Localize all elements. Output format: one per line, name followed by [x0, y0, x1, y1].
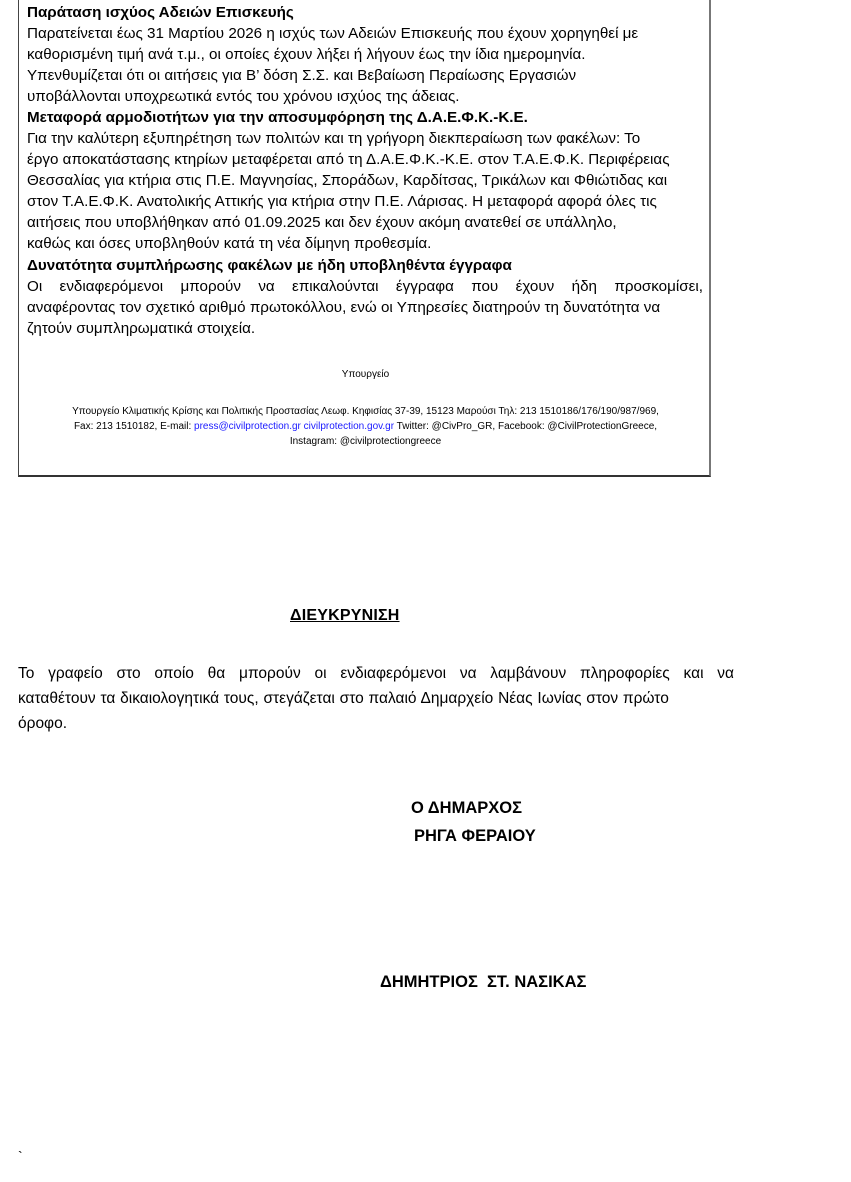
clarification-text-line: όροφο.: [18, 711, 734, 736]
email-link[interactable]: press@civilprotection.gr: [194, 421, 301, 432]
section-text-line: Οι ενδιαφερόμενοι μπορούν να επικαλούντα…: [27, 276, 703, 297]
section-text-line: Παρατείνεται έως 31 Μαρτίου 2026 η ισχύς…: [27, 23, 638, 44]
section-text-line: αιτήσεις που υποβλήθηκαν από 01.09.2025 …: [27, 212, 617, 233]
footer-address-line: Υπουργείο Κλιματικής Κρίσης και Πολιτική…: [19, 404, 712, 419]
footer-social-text: Twitter: @CivPro_GR, Facebook: @CivilPro…: [394, 421, 657, 432]
signature-name: ΔΗΜΗΤΡΙΟΣ ΣΤ. ΝΑΣΙΚΑΣ: [380, 973, 586, 992]
section-text-line: Υπενθυμίζεται ότι οι αιτήσεις για Β’ δόσ…: [27, 65, 576, 86]
section-text-line: αναφέροντας τον σχετικό αριθμό πρωτοκόλλ…: [27, 297, 660, 318]
footer-instagram-line: Instagram: @civilprotectiongreece: [19, 434, 712, 449]
section-title-license-extension: Παράταση ισχύος Αδειών Επισκευής: [27, 2, 294, 23]
section-title-supplement: Δυνατότητα συμπλήρωσης φακέλων με ήδη υπ…: [27, 255, 512, 276]
section-text-line: ζητούν συμπληρωματικά στοιχεία.: [27, 318, 255, 339]
website-link[interactable]: civilprotection.gov.gr: [304, 421, 394, 432]
section-text-line: υποβάλλονται υποχρεωτικά εντός του χρόνο…: [27, 86, 460, 107]
section-text-line: στον Τ.Α.Ε.Φ.Κ. Ανατολικής Αττικής για κ…: [27, 191, 657, 212]
section-title-transfer: Μεταφορά αρμοδιοτήτων για την αποσυμφόρη…: [27, 107, 528, 128]
clarification-text-line: Το γραφείο στο οποίο θα μπορούν οι ενδια…: [18, 661, 734, 686]
notice-box: Παράταση ισχύος Αδειών Επισκευής Παρατεί…: [18, 0, 711, 477]
section-text-line: καθορισμένη τιμή ανά τ.μ., οι οποίες έχο…: [27, 44, 586, 65]
section-text-line: Για την καλύτερη εξυπηρέτηση των πολιτών…: [27, 128, 640, 149]
signature-municipality: ΡΗΓΑ ΦΕΡΑΙΟΥ: [414, 827, 536, 846]
section-text-line: έργο αποκατάστασης κτηρίων μεταφέρεται α…: [27, 149, 670, 170]
footer-fax-label: Fax: 213 1510182, E-mail:: [74, 421, 194, 432]
section-text-line: καθώς και όσες υποβληθούν κατά τη νέα δί…: [27, 233, 431, 254]
clarification-heading: ΔΙΕΥΚΡΥΝΙΣΗ: [290, 607, 400, 625]
clarification-text-line: καταθέτουν τα δικαιολογητικά τους, στεγά…: [18, 686, 734, 711]
footer-contact-line: Fax: 213 1510182, E-mail: press@civilpro…: [19, 419, 712, 434]
stray-mark: `: [18, 1148, 23, 1164]
section-text-line: Θεσσαλίας για κτήρια στις Π.Ε. Μαγνησίας…: [27, 170, 667, 191]
footer-ministry-title: Υπουργείο: [19, 369, 712, 380]
signature-role: Ο ΔΗΜΑΡΧΟΣ: [411, 799, 522, 818]
